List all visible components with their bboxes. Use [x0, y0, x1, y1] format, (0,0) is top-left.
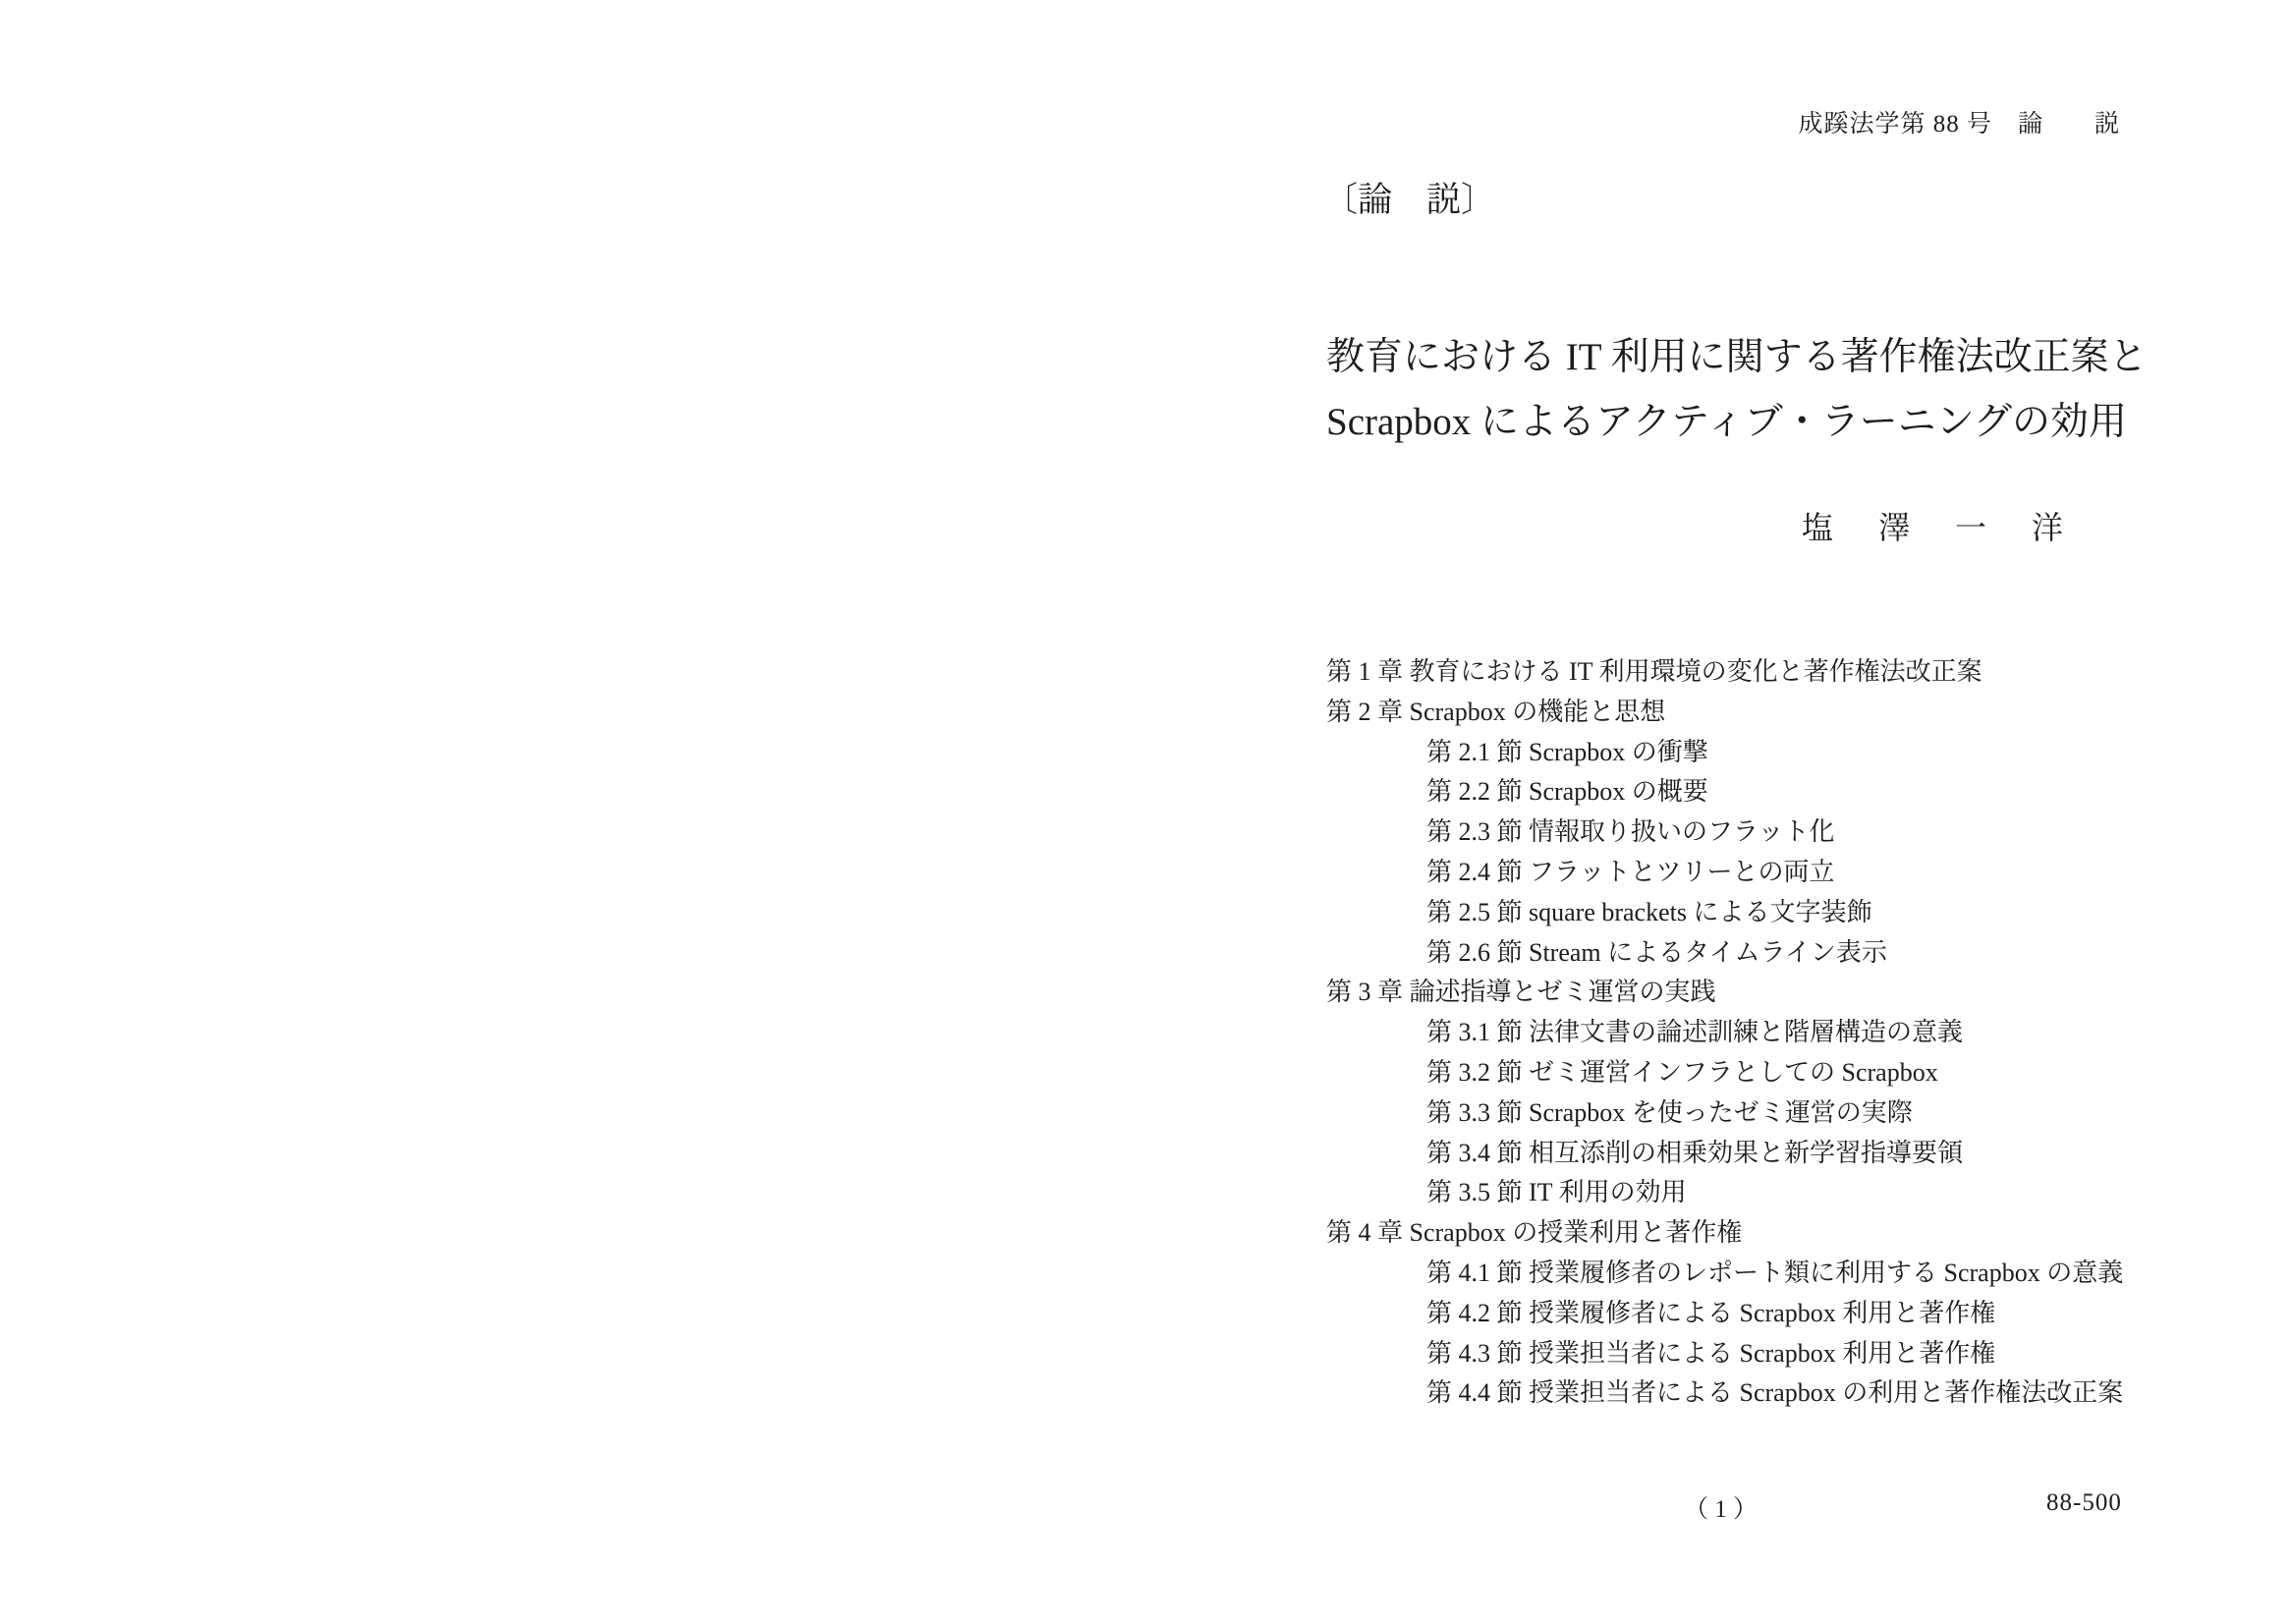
page-number: （ 1 ）: [1684, 1489, 1758, 1525]
toc-entry: 第 2.2 節 Scrapbox の概要: [1326, 772, 2171, 812]
toc-entry: 第 2.6 節 Stream によるタイムライン表示: [1326, 933, 2171, 974]
toc-entry: 第 3 章 論述指導とゼミ運営の実践: [1326, 973, 2171, 1013]
article-title-line2: Scrapbox によるアクティブ・ラーニングの効用: [1326, 390, 2171, 455]
scanned-paper-page: 成蹊法学第 88 号 論 説 〔論 説〕 教育における IT 利用に関する著作権…: [0, 0, 2289, 1624]
table-of-contents: 第 1 章 教育における IT 利用環境の変化と著作権法改正案第 2 章 Scr…: [1326, 652, 2171, 1414]
toc-entry: 第 1 章 教育における IT 利用環境の変化と著作権法改正案: [1326, 652, 2171, 693]
toc-entry: 第 3.2 節 ゼミ運営インフラとしての Scrapbox: [1326, 1053, 2171, 1093]
article-category-label: 〔論 説〕: [1323, 173, 1495, 222]
toc-entry: 第 4.3 節 授業担当者による Scrapbox 利用と著作権: [1326, 1334, 2171, 1374]
toc-entry: 第 2 章 Scrapbox の機能と思想: [1326, 693, 2171, 733]
toc-entry: 第 3.5 節 IT 利用の効用: [1326, 1173, 2171, 1213]
page-code: 88-500: [2046, 1489, 2122, 1517]
toc-entry: 第 4 章 Scrapbox の授業利用と著作権: [1326, 1213, 2171, 1254]
article-title: 教育における IT 利用に関する著作権法改正案と Scrapbox によるアクテ…: [1326, 325, 2171, 455]
toc-entry: 第 2.1 節 Scrapbox の衝撃: [1326, 733, 2171, 773]
toc-entry: 第 2.5 節 square brackets による文字装飾: [1326, 893, 2171, 933]
author-name: 塩 澤 一 洋: [1802, 503, 2070, 548]
article-title-line1: 教育における IT 利用に関する著作権法改正案と: [1326, 325, 2171, 390]
toc-entry: 第 2.4 節 フラットとツリーとの両立: [1326, 853, 2171, 893]
toc-entry: 第 4.2 節 授業履修者による Scrapbox 利用と著作権: [1326, 1294, 2171, 1334]
toc-entry: 第 4.1 節 授業履修者のレポート類に利用する Scrapbox の意義: [1326, 1254, 2171, 1294]
toc-entry: 第 4.4 節 授業担当者による Scrapbox の利用と著作権法改正案: [1326, 1373, 2171, 1414]
toc-entry: 第 3.4 節 相互添削の相乗効果と新学習指導要領: [1326, 1134, 2171, 1174]
toc-entry: 第 3.3 節 Scrapbox を使ったゼミ運営の実際: [1326, 1093, 2171, 1134]
journal-header: 成蹊法学第 88 号 論 説: [1798, 104, 2120, 140]
toc-entry: 第 2.3 節 情報取り扱いのフラット化: [1326, 812, 2171, 853]
toc-entry: 第 3.1 節 法律文書の論述訓練と階層構造の意義: [1326, 1013, 2171, 1053]
